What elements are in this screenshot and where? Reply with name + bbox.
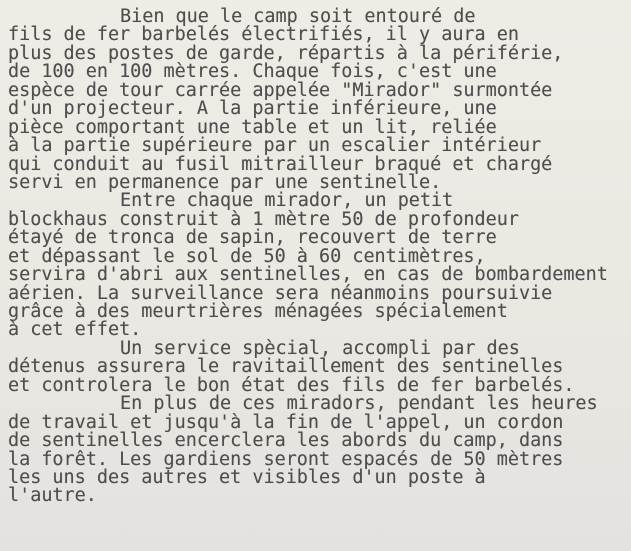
paragraph: Bien que le camp soit entouré de fils de… [8, 8, 631, 192]
typewritten-page: Bien que le camp soit entouré de fils de… [8, 8, 631, 506]
text-line: l'autre. [8, 487, 631, 505]
text-line: détenus assurera le ravitaillement des s… [8, 358, 631, 376]
text-line: les uns des autres et visibles d'un post… [8, 469, 631, 487]
paragraph: En plus de ces miradors, pendant les heu… [8, 395, 631, 506]
paragraph: Entre chaque mirador, un petit blockhaus… [8, 192, 631, 340]
text-line: En plus de ces miradors, pendant les heu… [8, 395, 631, 413]
text-line: d'un projecteur. A la partie inférieure,… [8, 100, 631, 118]
text-line: à la partie supérieure par un escalier i… [8, 137, 631, 155]
paragraph: Un service spècial, accompli par des dét… [8, 340, 631, 395]
text-line: de sentinelles encerclera les abords du … [8, 432, 631, 450]
text-line: de 100 en 100 mètres. Chaque fois, c'est… [8, 63, 631, 81]
text-line: servira d'abri aux sentinelles, en cas d… [8, 266, 631, 284]
text-line: étayé de tronca de sapin, recouvert de t… [8, 229, 631, 247]
